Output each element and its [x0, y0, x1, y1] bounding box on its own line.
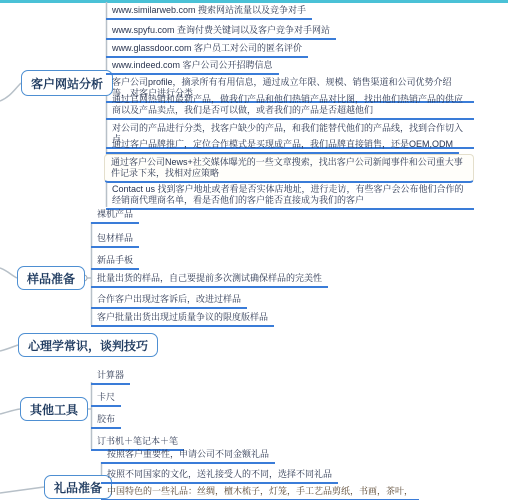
branch-entry-line — [0, 268, 17, 278]
topic-item-glassdoor[interactable]: www.glassdoor.com 客户员工对公司的匿名评价 — [106, 43, 308, 58]
topic-item-brand-cooperation-mode[interactable]: 通过客户品牌推广，定位合作模式是买现成产品，我们品牌直接销售，还是OEM,ODM — [106, 139, 459, 154]
topic-item-spyfu[interactable]: www.spyfu.com 查询付费关键词以及客户竞争对手网站 — [106, 25, 336, 40]
topic-item-similarweb[interactable]: www.similarweb.com 搜索网站流量以及竞争对手 — [106, 5, 312, 20]
topic-item-new-prototype[interactable]: 新品手板 — [91, 255, 139, 270]
topic-item-news-social-media[interactable]: 通过客户公司News+社交媒体曝光的一些文章搜索，找出客户公司新闻事件和公司重大… — [104, 154, 474, 183]
top-divider-bar — [0, 0, 508, 3]
mindmap-canvas: 客户网站分析 样品准备 心理学常识，谈判技巧 其他工具 礼品准备 www.sim… — [0, 0, 508, 500]
topic-item-gift-budget[interactable]: 按照客户重要性，申请公司不同金额礼品 — [101, 449, 275, 464]
branch-topic-customer-website-analysis[interactable]: 客户网站分析 — [21, 70, 113, 96]
topic-item-contact-us-visit[interactable]: Contact us 找到客户地址或者看是否实体店地址，进行走访，有些客户会公布… — [106, 184, 474, 210]
topic-item-improved-sample[interactable]: 合作客户出现过客诉后，改进过样品 — [91, 294, 247, 309]
topic-item-caliper[interactable]: 卡尺 — [91, 392, 121, 407]
topic-item-indeed[interactable]: www.indeed.com 客户公司公开招聘信息 — [106, 60, 279, 75]
branch-entry-line — [0, 83, 21, 101]
topic-item-calculator[interactable]: 计算器 — [91, 370, 130, 385]
topic-item-bulk-sample-test[interactable]: 批量出货的样品，自己要提前多次测试确保样品的完美性 — [91, 273, 328, 288]
branch-entry-line — [0, 409, 20, 414]
topic-item-packaging-sample[interactable]: 包材样品 — [91, 233, 139, 248]
branch-topic-sample-preparation[interactable]: 样品准备 — [17, 266, 85, 290]
branch-topic-other-tools[interactable]: 其他工具 — [20, 397, 88, 421]
branch-topic-psychology-negotiation[interactable]: 心理学常识，谈判技巧 — [18, 333, 158, 357]
topic-item-gift-culture[interactable]: 按照不同国家的文化，送礼接受人的不同，选择不同礼品 — [101, 469, 338, 484]
branch-entry-line — [0, 487, 44, 493]
topic-item-bare-product[interactable]: 裸机产品 — [91, 209, 139, 224]
topic-item-tape[interactable]: 胶布 — [91, 414, 121, 429]
topic-item-limit-sample[interactable]: 客户批量出货出现过质量争议的限度版样品 — [91, 312, 274, 327]
branch-entry-line — [0, 345, 18, 351]
topic-item-chinese-gifts[interactable]: 中国特色的一些礼品：丝绸，檀木梳子，灯笼，手工艺品剪纸，书画，茶叶， — [101, 486, 419, 500]
topic-item-hot-products-compare[interactable]: 通过官网热销和最新产品，做我们产品和他们热销产品对比图，找出他们热销产品的供应商… — [106, 94, 474, 120]
